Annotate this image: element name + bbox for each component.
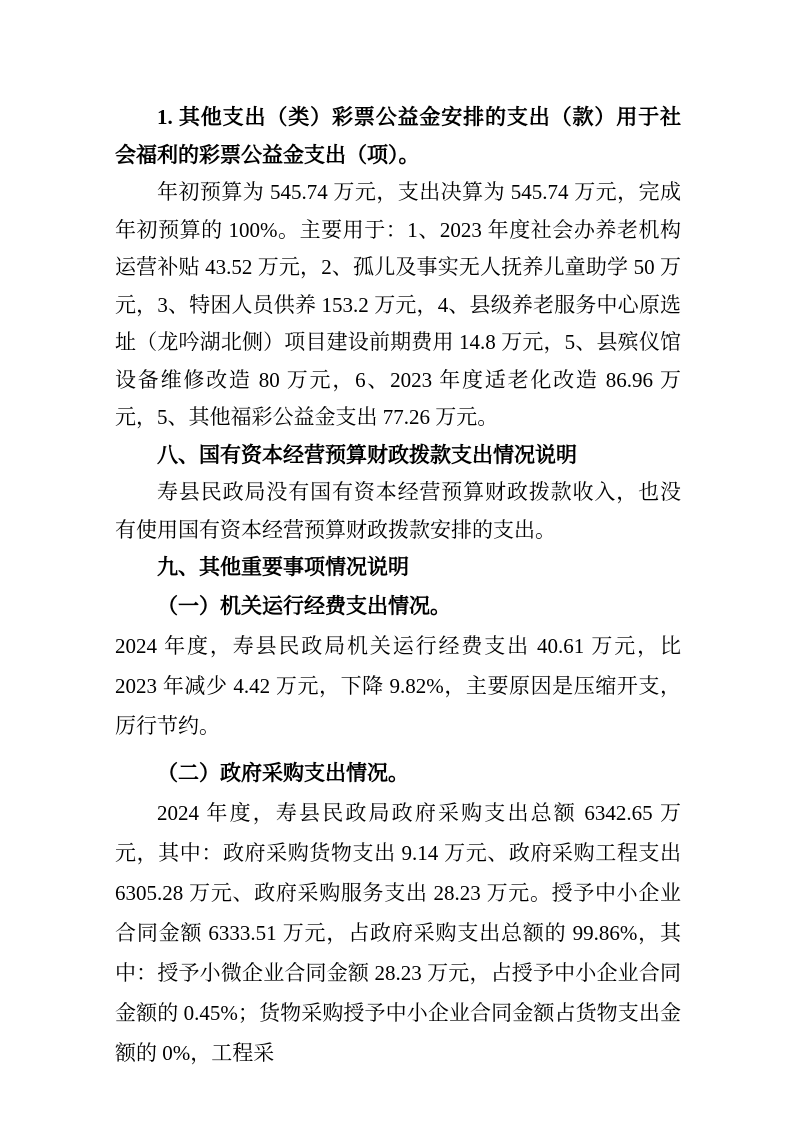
paragraph-section-9-1-body: 2024 年度，寿县民政局机关运行经费支出 40.61 万元，比 2023 年减… (115, 626, 681, 746)
paragraph-section-8-heading: 八、国有资本经营预算财政拨款支出情况说明 (115, 437, 681, 475)
paragraph-section-8-body: 寿县民政局没有国有资本经营预算财政拨款收入，也没有使用国有资本经营预算财政拨款安… (115, 474, 681, 549)
paragraph-section-9-1-heading: （一）机关运行经费支出情况。 (115, 587, 681, 626)
document-page: 1. 其他支出（类）彩票公益金安排的支出（款）用于社会福利的彩票公益金支出（项）… (0, 0, 793, 1122)
paragraph-section-9-2-heading: （二）政府采购支出情况。 (115, 753, 681, 793)
paragraph-section-9-heading: 九、其他重要事项情况说明 (115, 549, 681, 587)
document-body: 1. 其他支出（类）彩票公益金安排的支出（款）用于社会福利的彩票公益金支出（项）… (115, 99, 681, 1073)
paragraph-lottery-fund-detail: 年初预算为 545.74 万元，支出决算为 545.74 万元，完成年初预算的 … (115, 174, 681, 437)
paragraph-lottery-fund-item-heading: 1. 其他支出（类）彩票公益金安排的支出（款）用于社会福利的彩票公益金支出（项）… (115, 99, 681, 174)
paragraph-section-9-2-body: 2024 年度，寿县民政局政府采购支出总额 6342.65 万元，其中：政府采购… (115, 793, 681, 1073)
